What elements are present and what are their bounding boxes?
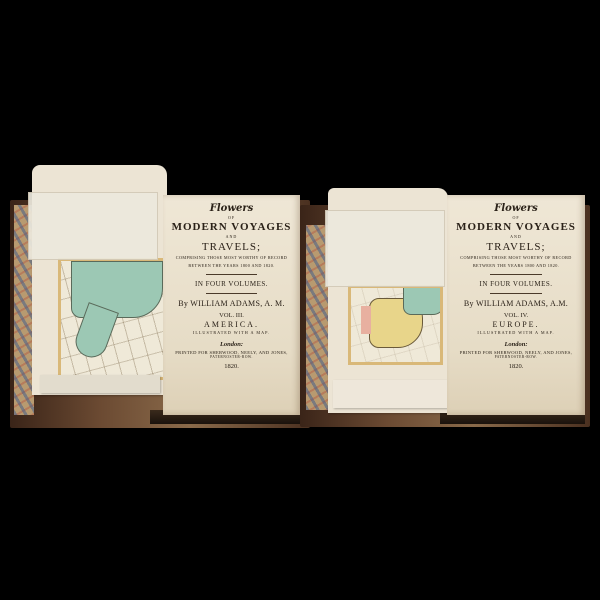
title-travels: TRAVELS; xyxy=(168,241,295,253)
title-modern-voyages: MODERN VOYAGES xyxy=(168,221,295,233)
map-north-america xyxy=(58,258,166,380)
illustrated-note: ILLUSTRATED WITH A MAP. xyxy=(452,330,580,335)
imprint-year: 1820. xyxy=(168,363,295,370)
title-page-text: Flowers OF MODERN VOYAGES AND TRAVELS; C… xyxy=(168,203,295,370)
subtitle-line-1: COMPRISING THOSE MOST WORTHY OF RECORD xyxy=(452,255,580,261)
imprint-city: London: xyxy=(168,341,295,348)
illustrated-note: ILLUSTRATED WITH A MAP. xyxy=(168,330,295,335)
divider xyxy=(206,293,257,294)
text-of: OF xyxy=(168,215,295,220)
title-travels: TRAVELS; xyxy=(452,241,580,253)
author: By WILLIAM ADAMS, A. M. xyxy=(168,299,295,308)
title-modern-voyages: MODERN VOYAGES xyxy=(452,221,580,233)
imprint-city: London: xyxy=(452,341,580,348)
imprint-street: PATERNOSTER-ROW. xyxy=(452,355,580,359)
folded-leaf-edge xyxy=(40,375,160,393)
region: AMERICA. xyxy=(168,320,295,329)
text-and: AND xyxy=(452,234,580,239)
subtitle-line-2: BETWEEN THE YEARS 1800 AND 1820. xyxy=(168,263,295,269)
volume-number: VOL. III. xyxy=(168,312,295,319)
subtitle-line-1: COMPRISING THOSE MOST WORTHY OF RECORD xyxy=(168,255,295,261)
photo-stage: Flowers OF MODERN VOYAGES AND TRAVELS; C… xyxy=(0,0,600,600)
title-flowers: Flowers xyxy=(452,203,580,214)
volume-number: VOL. IV. xyxy=(452,312,580,319)
text-of: OF xyxy=(452,215,580,220)
imprint-year: 1820. xyxy=(452,363,580,370)
title-page-text: Flowers OF MODERN VOYAGES AND TRAVELS; C… xyxy=(452,203,580,370)
author: By WILLIAM ADAMS, A.M. xyxy=(452,299,580,308)
tissue-guard xyxy=(28,192,158,260)
divider xyxy=(490,293,541,294)
divider xyxy=(206,274,257,275)
volumes-text: IN FOUR VOLUMES. xyxy=(168,280,295,288)
subtitle-line-2: BETWEEN THE YEARS 1800 AND 1820. xyxy=(452,263,580,269)
imprint-street: PATERNOSTER-ROW. xyxy=(168,355,295,359)
title-flowers: Flowers xyxy=(168,203,295,214)
tissue-guard xyxy=(325,210,445,287)
text-and: AND xyxy=(168,234,295,239)
portugal xyxy=(361,306,371,334)
volumes-text: IN FOUR VOLUMES. xyxy=(452,280,580,288)
divider xyxy=(490,274,541,275)
region: EUROPE. xyxy=(452,320,580,329)
map-spain-portugal xyxy=(348,285,443,365)
folded-leaf-edge xyxy=(333,380,448,408)
